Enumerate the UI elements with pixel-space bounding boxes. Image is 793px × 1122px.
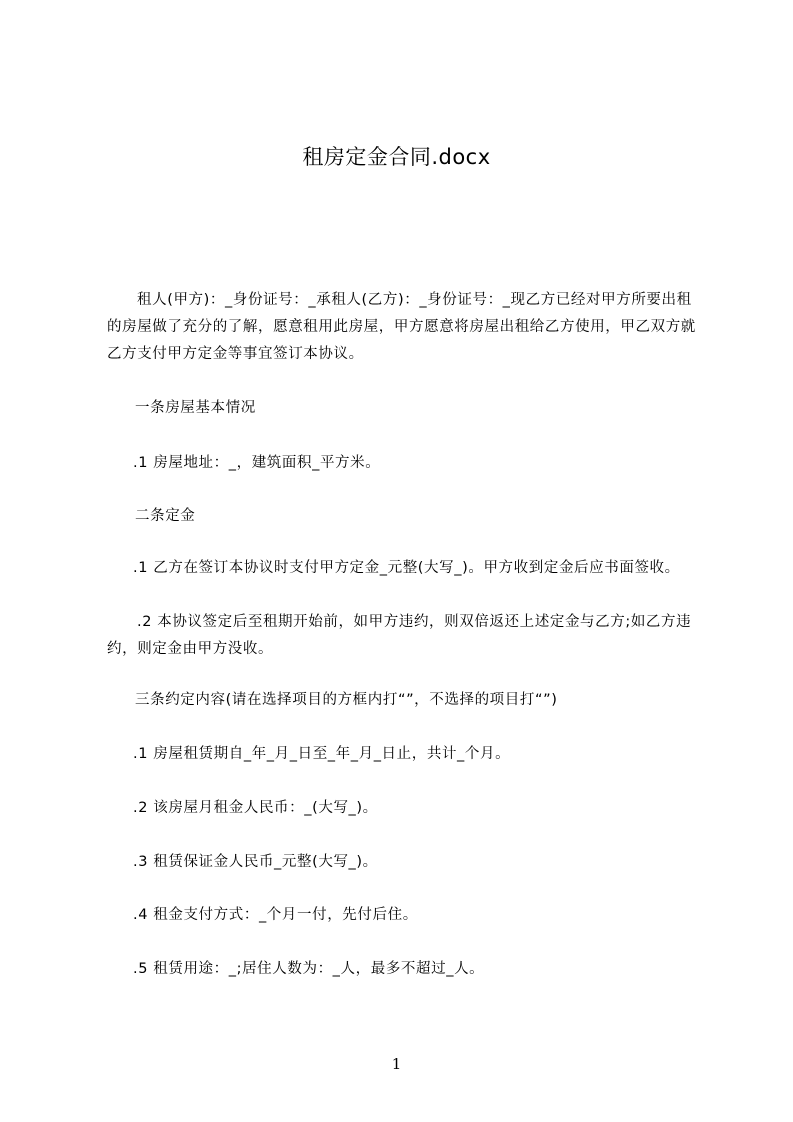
section-3-item-3: .3 租赁保证金人民币_元整(大写_)。 (133, 849, 733, 876)
section-2-item-2: .2 本协议签定后至租期开始前，如甲方违约，则双倍返还上述定金与乙方;如乙方违约… (107, 609, 705, 663)
section-3-item-4: .4 租金支付方式：_个月一付，先付后住。 (133, 902, 733, 929)
section-heading-3: 三条约定内容(请在选择项目的方框内打“”，不选择的项目打“”) (135, 687, 715, 714)
section-3-item-2: .2 该房屋月租金人民币：_(大写_)。 (133, 795, 733, 822)
section-3-item-1: .1 房屋租赁期自_年_月_日至_年_月_日止，共计_个月。 (133, 741, 733, 768)
section-3-item-5: .5 租赁用途：_;居住人数为：_人，最多不超过_人。 (133, 956, 733, 983)
page-number: 1 (0, 1055, 793, 1073)
document-title: 租房定金合同.docx (0, 142, 793, 172)
intro-paragraph: 租人(甲方)：_身份证号：_承租人(乙方)：_身份证号：_现乙方已经对甲方所要出… (107, 287, 705, 368)
section-heading-1: 一条房屋基本情况 (135, 395, 735, 422)
section-2-item-1: .1 乙方在签订本协议时支付甲方定金_元整(大写_)。甲方收到定金后应书面签收。 (133, 555, 733, 582)
section-heading-2: 二条定金 (135, 503, 735, 530)
section-1-item-1: .1 房屋地址：_，建筑面积_平方米。 (133, 450, 733, 477)
document-page: 租房定金合同.docx 租人(甲方)：_身份证号：_承租人(乙方)：_身份证号：… (0, 0, 793, 1122)
